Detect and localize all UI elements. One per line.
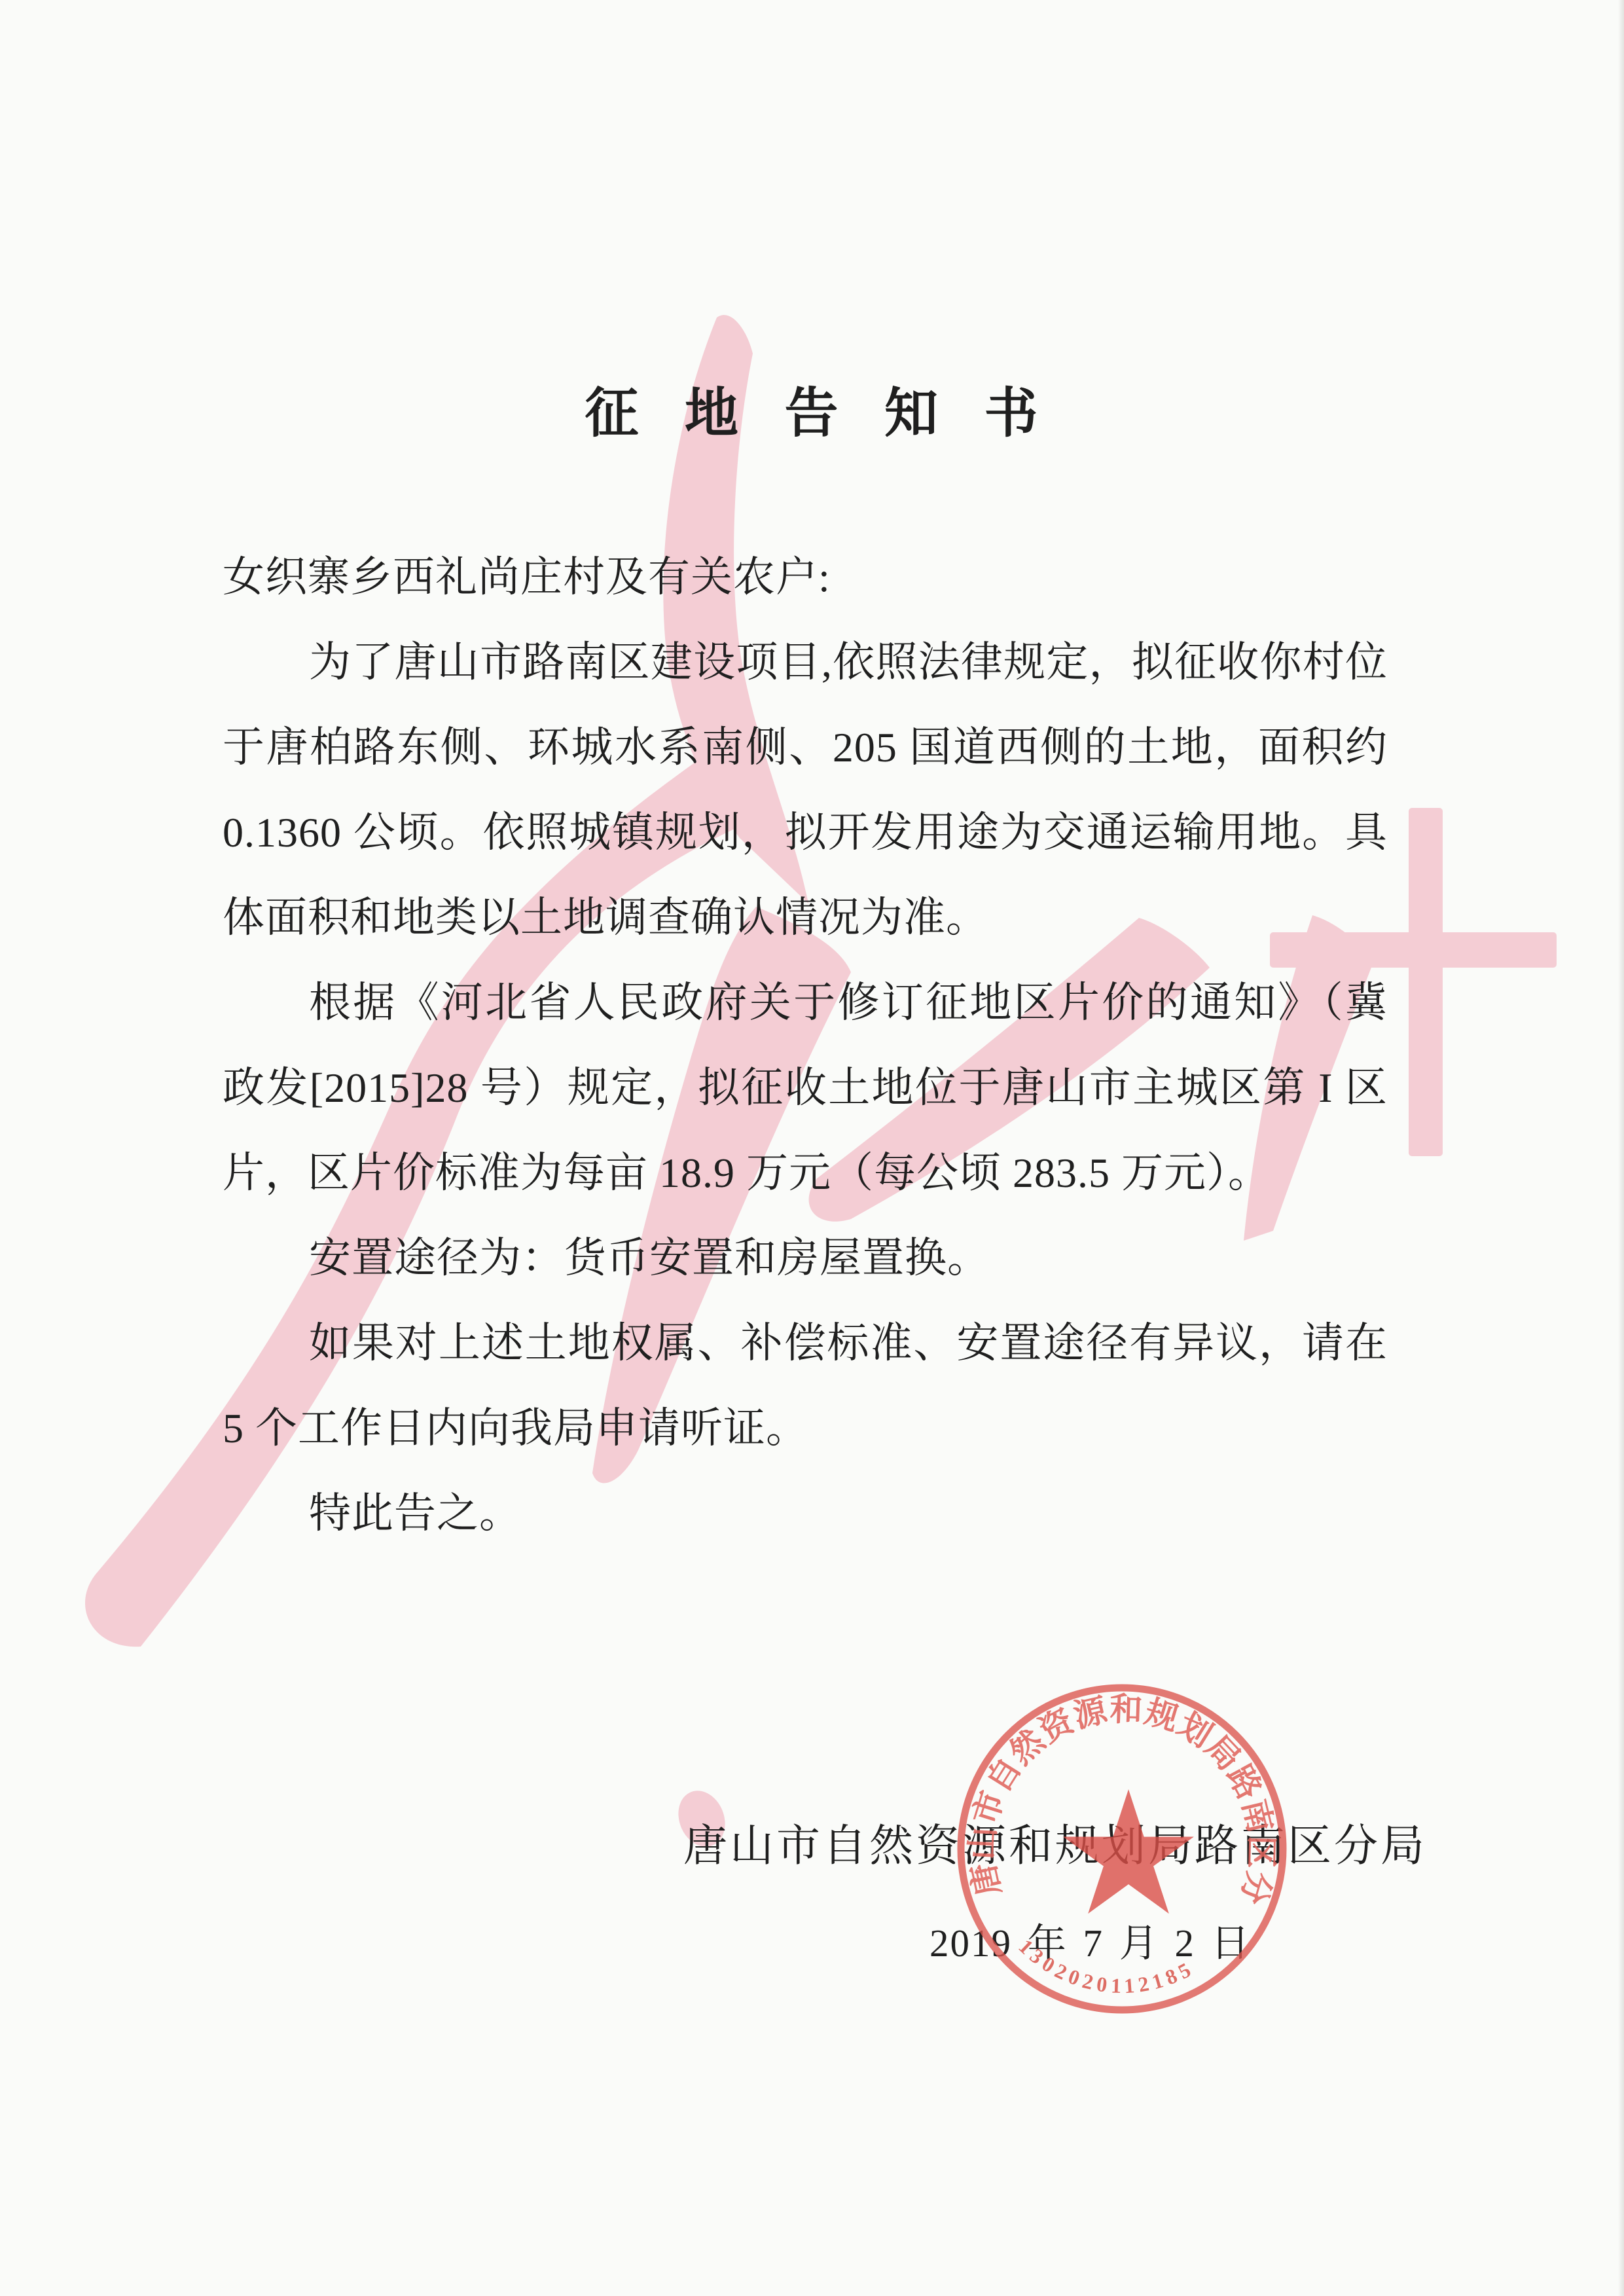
scanned-notice-page: 征 地 告 知 书 女织寨乡西礼尚庄村及有关农户:为了唐山市路南区建设项目,依照… [0,0,1624,2296]
body-line: 5 个工作日内向我局申请听证。 [223,1386,1388,1471]
body-line: 如果对上述土地权属、补偿标准、安置途径有异议，请在 [223,1301,1388,1386]
body-line: 根据《河北省人民政府关于修订征地区片价的通知》（冀 [223,960,1388,1046]
body-line: 政发[2015]28 号）规定，拟征收土地位于唐山市主城区第 I 区 [223,1046,1388,1131]
official-seal: 唐山市自然资源和规划局路南区分局 1302020112185 [939,1666,1305,2032]
document-title: 征 地 告 知 书 [0,371,1624,447]
body-line: 特此告之。 [223,1471,1388,1556]
scan-edge-shadow [1618,0,1624,2296]
body-line: 于唐柏路东侧、环城水系南侧、205 国道西侧的土地，面积约 [223,705,1388,790]
body-line: 体面积和地类以土地调查确认情况为准。 [223,875,1388,960]
body-line: 女织寨乡西礼尚庄村及有关农户: [223,535,1388,620]
body-line: 安置途径为：货币安置和房屋置换。 [223,1216,1388,1301]
seal-star-icon [1063,1789,1194,1914]
body-line: 片，区片价标准为每亩 18.9 万元（每公顷 283.5 万元）。 [223,1131,1388,1216]
body-line: 为了唐山市路南区建设项目,依照法律规定，拟征收你村位 [223,620,1388,705]
body-line: 0.1360 公顷。依照城镇规划，拟开发用途为交通运输用地。具 [223,790,1388,875]
watermark-plus-vertical [1409,808,1443,1156]
document-body: 女织寨乡西礼尚庄村及有关农户:为了唐山市路南区建设项目,依照法律规定，拟征收你村… [223,535,1388,1556]
